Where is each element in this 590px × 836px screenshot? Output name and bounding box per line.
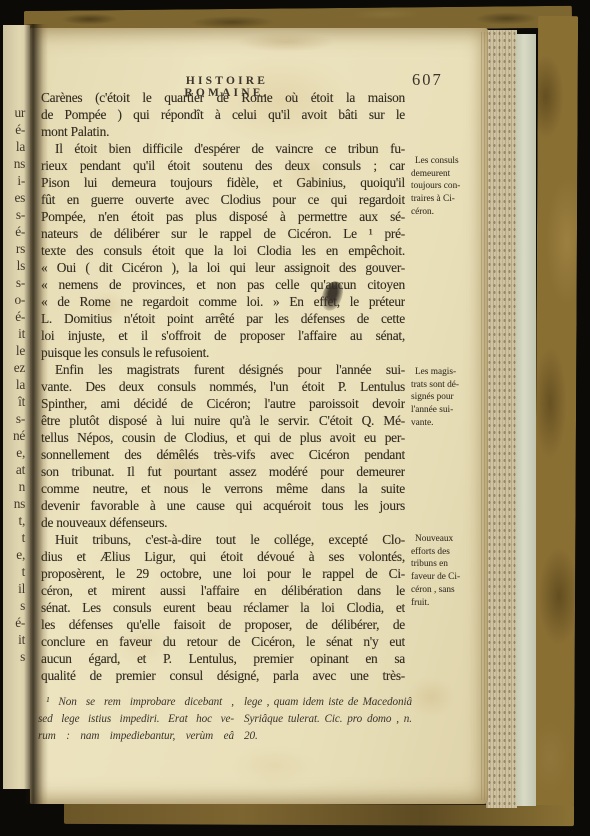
footnote-line: Syriâque tulerat. Cic. pro domo , n. [244, 711, 412, 728]
margin-note-line: toujours con- [411, 180, 469, 193]
margin-note-line: demeurent [411, 168, 469, 181]
facing-page-fragment: es [3, 189, 28, 206]
facing-page-fragment: il [3, 580, 28, 597]
text-line: de Pompée ) qui répondît à celui qu'il a… [41, 106, 405, 123]
inner-page-edge-lines [481, 32, 488, 800]
facing-page-fragment: t [3, 563, 28, 580]
text-line: qualité de premier consul désigné, parla… [41, 667, 405, 684]
paragraph: Enfin les magistrats furent désignés pou… [41, 361, 405, 531]
margin-note-line: Les consuls [411, 155, 469, 168]
facing-page-fragment: s [3, 597, 28, 614]
margin-note-line: céron. [411, 206, 469, 219]
margin-note-line: fruit. [411, 597, 469, 610]
text-line: « Oui ( dit Cicéron ), la loi qui leur a… [41, 259, 405, 276]
stain [406, 676, 456, 718]
margin-note-line: signés pour [411, 391, 469, 404]
text-line: mont Palatin. [41, 123, 405, 140]
facing-page-fragment: ît [3, 393, 28, 410]
text-line: Carènes (c'étoit le quartier de Rome où … [41, 89, 405, 106]
facing-page-fragment: n [3, 478, 28, 495]
stain [230, 744, 318, 788]
margin-note-line: efforts des [411, 546, 469, 559]
margin-note-line: trats sont dé- [411, 379, 469, 392]
facing-page-fragment: ez [3, 359, 28, 376]
facing-page-fragment: la [3, 138, 28, 155]
page-number: 607 [412, 70, 443, 90]
footnote-line: 20. [244, 728, 412, 745]
facing-page-fragment: t, [3, 512, 28, 529]
facing-page-fragment: é- [3, 223, 28, 240]
text-line: de nouveaux défenseurs. [41, 514, 405, 531]
text-line: loi injuste, et il s'offroit de proposer… [41, 327, 405, 344]
margin-note-line: l'année sui- [411, 404, 469, 417]
text-line: rieux pendant qu'il étoit soutenu des de… [41, 157, 405, 174]
facing-page-sliver: uré-lansi-ess-é-rslss-o-é-itleezlaîts-né… [3, 25, 30, 789]
text-line: tellus Népos, cousin de Clodius, et qui … [41, 429, 405, 446]
facing-page-fragment: ls [3, 257, 28, 274]
facing-page-fragment: e, [3, 546, 28, 563]
text-line: sénat. Les consuls eurent beau réclamer … [41, 599, 405, 616]
facing-page-fragment: e, [3, 444, 28, 461]
text-line: vante. Des deux consuls nommés, l'un éto… [41, 378, 405, 395]
paragraph: Huit tribuns, c'est-à-dire tout le collé… [41, 531, 405, 684]
facing-page-fragment: it [3, 325, 28, 342]
stain [238, 32, 334, 52]
facing-page-fragment: s- [3, 274, 28, 291]
facing-page-fragment: it [3, 631, 28, 648]
margin-note-line: vante. [411, 417, 469, 430]
margin-note-line: faveur de Ci- [411, 571, 469, 584]
margin-note-line: tribuns en [411, 558, 469, 571]
text-line: conclure en faveur du retour de Cicéron,… [41, 633, 405, 650]
book-page: HISTOIRE ROMAINE. 607 Carènes (c'étoit l… [30, 28, 488, 804]
endpaper-edge [516, 34, 536, 806]
text-line: sonnellement des démêlés très-vifs avec … [41, 446, 405, 463]
footnote-line: lege , quam idem iste de Macedoniâ [244, 694, 412, 711]
margin-note-line: Les magis- [411, 366, 469, 379]
facing-page-fragment: ur [3, 104, 28, 121]
text-line: être plutôt disposé à lui nuire qu'à le … [41, 412, 405, 429]
text-line: fût en guerre ouverte avec Clodius pour … [41, 191, 405, 208]
margin-note: Les magis-trats sont dé-signés pourl'ann… [411, 366, 469, 430]
facing-page-fragment: né [3, 427, 28, 444]
text-line: devenir favorable à une cause qui acquér… [41, 497, 405, 514]
margin-note: Les consulsdemeurenttoujours con-traires… [411, 155, 469, 219]
text-line: Huit tribuns, c'est-à-dire tout le collé… [41, 531, 405, 548]
footnote-column-right: lege , quam idem iste de MacedoniâSyriâq… [244, 694, 412, 745]
facing-page-fragment: o- [3, 291, 28, 308]
paragraph: Carènes (c'étoit le quartier de Rome où … [41, 89, 405, 140]
text-line: « nemens de provinces, et non pas celle … [41, 276, 405, 293]
text-line: céron, et mirent aussi l'affaire en déli… [41, 582, 405, 599]
text-line: « de Rome ne regardoit comme loi. » En e… [41, 293, 405, 310]
facing-page-fragment: t [3, 529, 28, 546]
facing-page-fragment: rs [3, 240, 28, 257]
facing-page-fragment: s [3, 648, 28, 665]
facing-page-fragment: é- [3, 308, 28, 325]
facing-page-fragment: la [3, 376, 28, 393]
text-line: dius et Ælius Ligur, qui étoit dévoué à … [41, 548, 405, 565]
margin-note-line: Nouveaux [411, 533, 469, 546]
facing-page-fragment: é- [3, 614, 28, 631]
facing-page-fragment: le [3, 342, 28, 359]
text-line: proposèrent, le 29 octobre, une loi pour… [41, 565, 405, 582]
facing-page-fragment: at [3, 461, 28, 478]
footnote-column-left: ¹ Non se rem improbare dicebant ,sed leg… [38, 694, 234, 745]
text-line: son tribunat. Il fut pourtant assez modé… [41, 463, 405, 480]
text-line: texte des consuls étoit que la loi Clodi… [41, 242, 405, 259]
page-fore-edges [486, 30, 517, 808]
facing-page-fragment: ns [3, 495, 28, 512]
footnote-line: rum : nam impediebantur, verùm eâ [38, 728, 234, 745]
text-line: puisque les consuls le refusoient. [41, 344, 405, 361]
margin-note-line: traires à Ci- [411, 193, 469, 206]
facing-page-fragment: ns [3, 155, 28, 172]
facing-page-fragment: é- [3, 121, 28, 138]
footnote-line: sed lege istius impediri. Erat hoc ve- [38, 711, 234, 728]
text-line: aucun égard, et P. Lentulus, premier opi… [41, 650, 405, 667]
text-line: Enfin les magistrats furent désignés pou… [41, 361, 405, 378]
facing-page-text-fragments: uré-lansi-ess-é-rslss-o-é-itleezlaîts-né… [3, 104, 28, 665]
facing-page-fragment: s- [3, 410, 28, 427]
margin-note-line: céron , sans [411, 584, 469, 597]
margin-note: Nouveauxefforts destribuns enfaveur de C… [411, 533, 469, 609]
text-line: comme neutre, et nous le verrons même da… [41, 480, 405, 497]
text-line: Pison lui demeura toujours fidèle, et Ga… [41, 174, 405, 191]
text-line: Spinther, ami décidé de Cicéron; l'autre… [41, 395, 405, 412]
text-line: L. Domitius n'étoit point arrêté par les… [41, 310, 405, 327]
text-line: Pompée, n'en étoit pas plus disposé à pe… [41, 208, 405, 225]
body-text: Carènes (c'étoit le quartier de Rome où … [41, 89, 405, 684]
text-line: nateurs de délibérer sur le rappel de Ci… [41, 225, 405, 242]
book-cover-right-board [534, 16, 578, 822]
facing-page-fragment: s- [3, 206, 28, 223]
text-line: les défenses qu'elle faisoit de proposer… [41, 616, 405, 633]
footnote-line: ¹ Non se rem improbare dicebant , [38, 694, 234, 711]
facing-page-fragment: i- [3, 172, 28, 189]
open-book-photo: uré-lansi-ess-é-rslss-o-é-itleezlaîts-né… [0, 0, 590, 836]
text-line: Il étoit bien difficile d'espérer de vai… [41, 140, 405, 157]
paragraph: Il étoit bien difficile d'espérer de vai… [41, 140, 405, 361]
